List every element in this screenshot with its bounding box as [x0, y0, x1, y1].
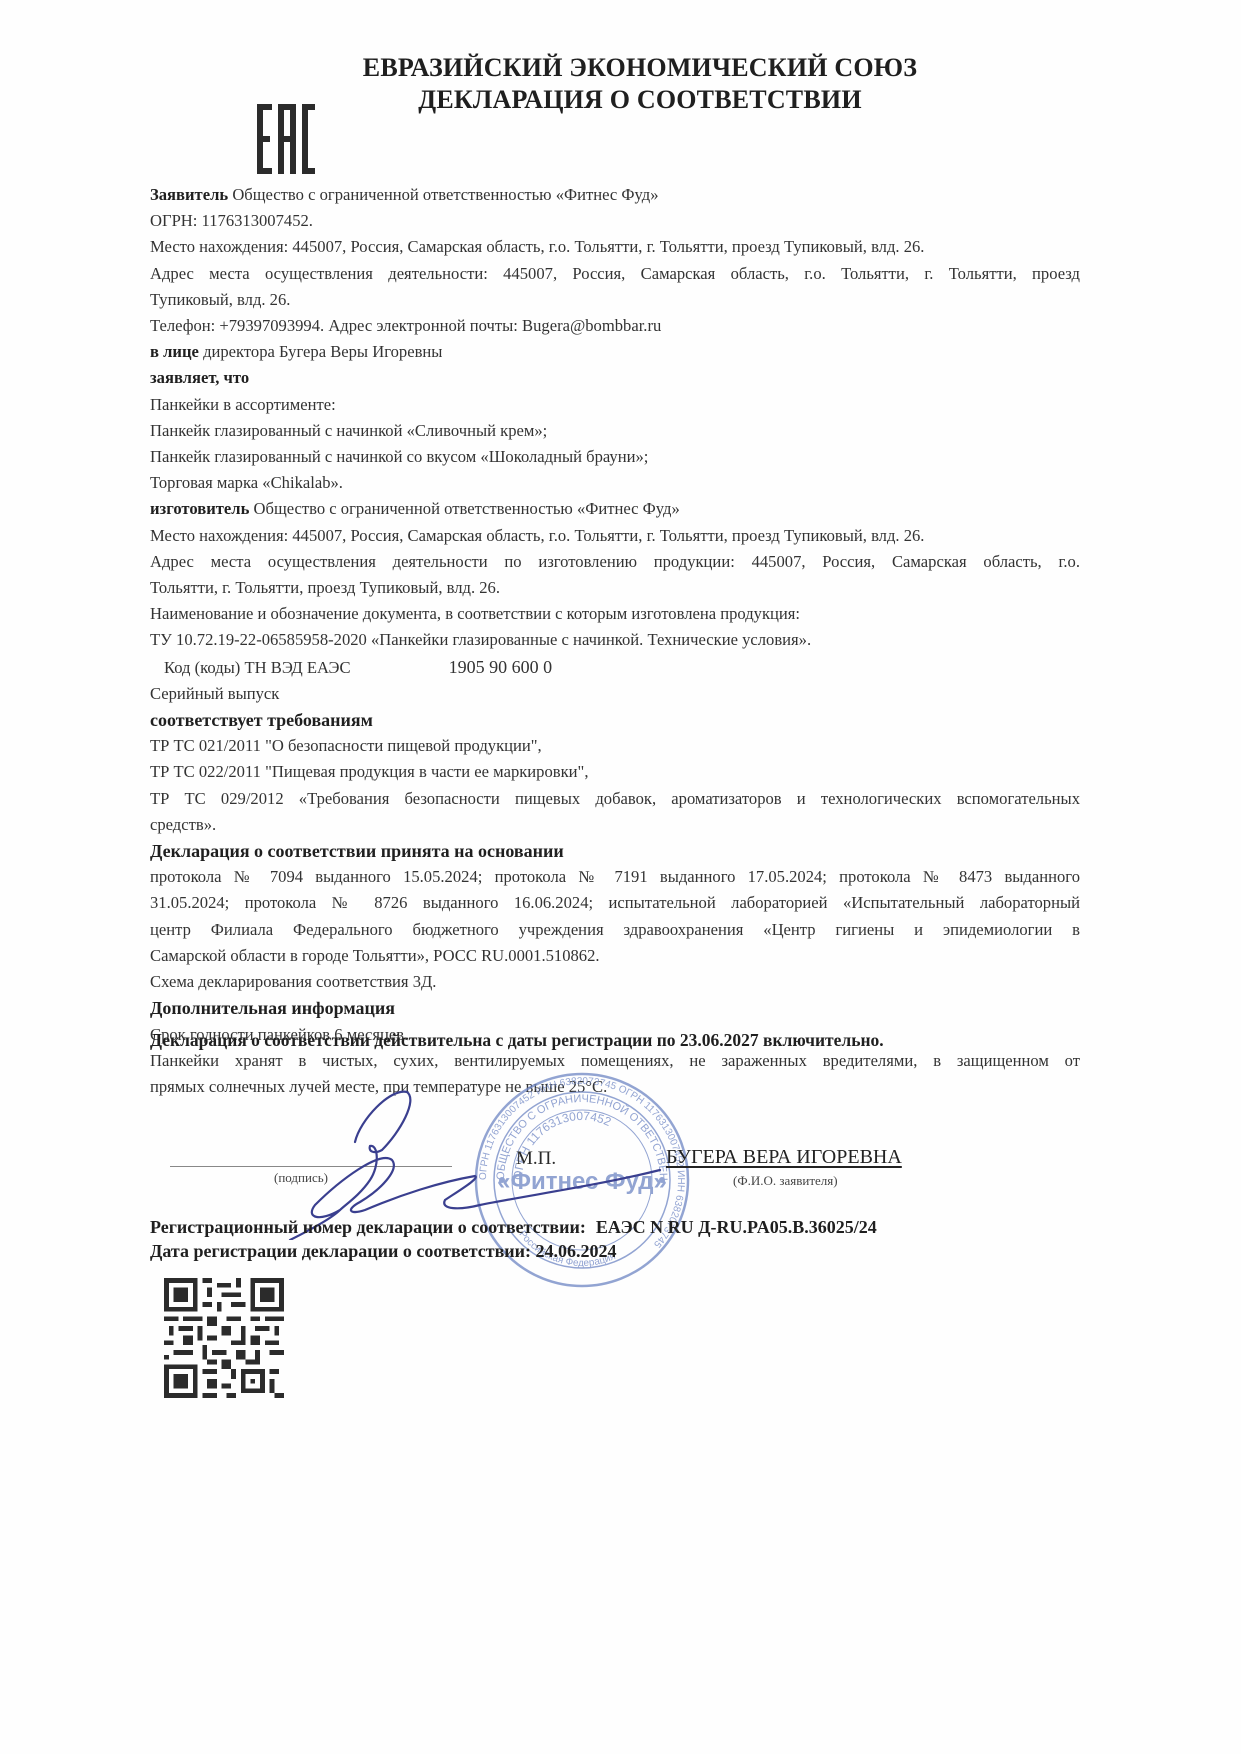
applicant-ogrn: ОГРН: 1176313007452.: [150, 208, 1080, 234]
registration-date-line: Дата регистрации декларации о соответств…: [150, 1239, 877, 1263]
represented-label: в лице: [150, 342, 199, 361]
additional-heading: Дополнительная информация: [150, 995, 1080, 1021]
requirements-heading: соответствует требованиям: [150, 707, 1080, 733]
signatory-name: БУГЕРА ВЕРА ИГОРЕВНА: [666, 1146, 902, 1169]
eac-logo-icon: [257, 104, 315, 174]
tn-ved-code: 1905 90 600 0: [449, 654, 553, 680]
applicant-label: Заявитель: [150, 185, 228, 204]
registration-date-label: Дата регистрации декларации о соответств…: [150, 1241, 531, 1261]
applicant-line: Заявитель Общество с ограниченной ответс…: [150, 182, 1080, 208]
union-title: ЕВРАЗИЙСКИЙ ЭКОНОМИЧЕСКИЙ СОЮЗ: [200, 52, 1080, 84]
basis-line-4: Самарской области в городе Тольятти», РО…: [150, 943, 1080, 969]
requirement-item: ТР ТС 021/2011 "О безопасности пищевой п…: [150, 733, 1080, 759]
standard-doc-label: Наименование и обозначение документа, в …: [150, 601, 1080, 627]
declares-label: заявляет, что: [150, 365, 1080, 391]
represented-line: в лице директора Бугера Веры Игоревны: [150, 339, 1080, 365]
manufacturer-line: изготовитель Общество с ограниченной отв…: [150, 496, 1080, 522]
registration-number-label: Регистрационный номер декларации о соотв…: [150, 1217, 586, 1237]
registration-block: Регистрационный номер декларации о соотв…: [150, 1215, 877, 1263]
requirement-item-3-line-2: средств».: [150, 812, 1080, 838]
declaration-page: ЕВРАЗИЙСКИЙ ЭКОНОМИЧЕСКИЙ СОЮЗ ДЕКЛАРАЦИ…: [0, 0, 1241, 1754]
applicant-activity-address-2: Тупиковый, влд. 26.: [150, 287, 1080, 313]
manufacturer-label: изготовитель: [150, 499, 249, 518]
product-item: Панкейк глазированный с начинкой со вкус…: [150, 444, 1080, 470]
requirement-item-3-line-1: ТР ТС 029/2012 «Требования безопасности …: [150, 786, 1080, 812]
production-address-1: Адрес места осуществления деятельности п…: [150, 549, 1080, 575]
basis-line-2: 31.05.2024; протокола № 8726 выданного 1…: [150, 890, 1080, 916]
validity-statement: Декларация о соответствии действительна …: [150, 1030, 884, 1051]
applicant-activity-address-1: Адрес места осуществления деятельности: …: [150, 261, 1080, 287]
tn-ved-line: Код (коды) ТН ВЭД ЕАЭС1905 90 600 0: [150, 654, 1080, 681]
tn-ved-label: Код (коды) ТН ВЭД ЕАЭС: [164, 658, 351, 677]
manufacturer-name: Общество с ограниченной ответственностью…: [254, 499, 680, 518]
applicant-name: Общество с ограниченной ответственностью…: [232, 185, 658, 204]
document-header: ЕВРАЗИЙСКИЙ ЭКОНОМИЧЕСКИЙ СОЮЗ ДЕКЛАРАЦИ…: [200, 52, 1080, 116]
represented-by: директора Бугера Веры Игоревны: [203, 342, 442, 361]
products-intro: Панкейки в ассортименте:: [150, 392, 1080, 418]
standard-doc-value: ТУ 10.72.19-22-06585958-2020 «Панкейки г…: [150, 627, 1080, 653]
registration-number-line: Регистрационный номер декларации о соотв…: [150, 1215, 877, 1239]
document-body: Заявитель Общество с ограниченной ответс…: [150, 182, 1080, 1100]
basis-heading: Декларация о соответствии принята на осн…: [150, 838, 1080, 864]
manufacturer-location: Место нахождения: 445007, Россия, Самарс…: [150, 523, 1080, 549]
registration-date: 24.06.2024: [536, 1241, 617, 1261]
applicant-contacts: Телефон: +79397093994. Адрес электронной…: [150, 313, 1080, 339]
production-address-2: Тольятти, г. Тольятти, проезд Тупиковый,…: [150, 575, 1080, 601]
applicant-location: Место нахождения: 445007, Россия, Самарс…: [150, 234, 1080, 260]
basis-line-1: протокола № 7094 выданного 15.05.2024; п…: [150, 864, 1080, 890]
document-title: ДЕКЛАРАЦИЯ О СООТВЕТСТВИИ: [200, 84, 1080, 116]
declaration-scheme: Схема декларирования соответствия 3Д.: [150, 969, 1080, 995]
basis-line-3: центр Филиала Федерального бюджетного уч…: [150, 917, 1080, 943]
signatory-name-caption: (Ф.И.О. заявителя): [733, 1173, 838, 1189]
product-item: Панкейк глазированный с начинкой «Сливоч…: [150, 418, 1080, 444]
registration-number: ЕАЭС N RU Д-RU.PA05.B.36025/24: [596, 1217, 877, 1237]
release-type: Серийный выпуск: [150, 681, 1080, 707]
qr-code-icon[interactable]: [164, 1278, 284, 1398]
requirement-item: ТР ТС 022/2011 "Пищевая продукция в част…: [150, 759, 1080, 785]
trademark: Торговая марка «Chikalab».: [150, 470, 1080, 496]
